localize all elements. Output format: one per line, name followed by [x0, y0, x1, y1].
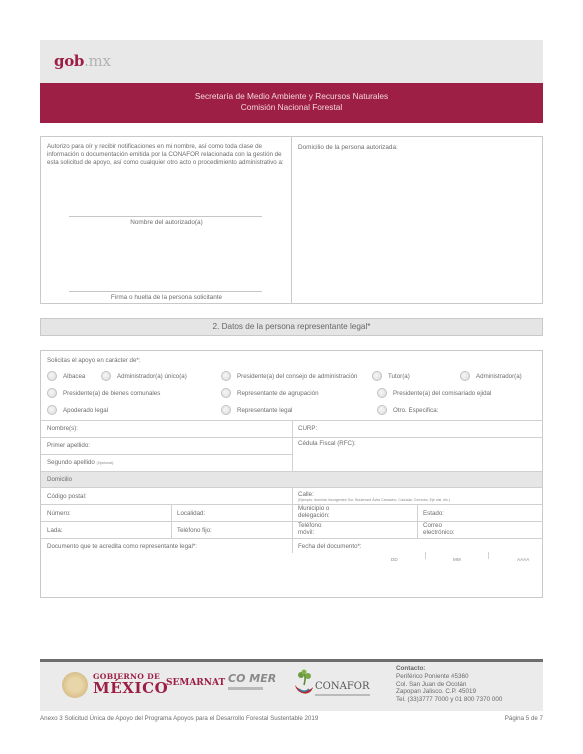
curp-label: CURP: [298, 425, 317, 432]
authorization-left: Autorizo para oír y recibir notificacion… [41, 137, 292, 303]
capacity-label: Solicitas el apoyo en carácter de*: [47, 357, 141, 364]
radio-representante-agrupacion[interactable] [221, 388, 231, 398]
segundo-apellido-text: Segundo apellido [47, 459, 95, 466]
domicilio-band [41, 471, 542, 487]
authorized-address-field[interactable] [293, 155, 542, 303]
divider [41, 521, 542, 522]
national-emblem-icon [62, 672, 88, 698]
fecha-documento-label: Fecha del documento*: [298, 543, 362, 550]
divider [41, 471, 542, 472]
option-label: Representante de agrupación [237, 390, 319, 397]
gob-mx-logo[interactable]: gob.mx [54, 52, 111, 70]
header-band: Secretaría de Medio Ambiente y Recursos … [40, 83, 543, 123]
telefono-movil-label-1: Teléfono [298, 522, 321, 529]
date-separator [425, 552, 426, 559]
segundo-apellido-label: Segundo apellido (Opcional): [47, 459, 114, 466]
contact-title: Contacto: [396, 665, 502, 673]
telefono-movil-label-2: móvil: [298, 529, 314, 536]
footer-note: Anexo 3 Solicitud Única de Apoyo del Pro… [40, 715, 318, 722]
contact-info: Contacto: Periférico Poniente #5360 Col.… [396, 665, 502, 704]
calle-label: Calle: [298, 491, 314, 498]
date-separator [488, 552, 489, 559]
municipio-label-1: Municipio o [298, 505, 329, 512]
authorized-address-label: Domicilio de la persona autorizada: [298, 144, 398, 151]
codigo-postal-label: Código postal: [47, 493, 87, 500]
signature-label: Firma o huella de la persona solicitante [41, 294, 292, 301]
logo-main: gob [54, 52, 84, 70]
divider [41, 437, 542, 438]
option-label: Apoderado legal [63, 407, 108, 414]
gobierno-de-mexico-logo: GOBIERNO DE MÉXICO [93, 672, 168, 696]
conafor-subtitle [315, 694, 370, 696]
radio-presidente-comisariado-ejidal[interactable] [377, 388, 387, 398]
optional-note: (Opcional): [97, 461, 115, 465]
numero-label: Número: [47, 510, 71, 517]
divider [292, 487, 293, 553]
correo-label-2: electrónico: [423, 529, 455, 536]
gob-line-2: MÉXICO [93, 681, 168, 696]
divider [41, 538, 542, 539]
municipio-label-2: delegación: [298, 512, 330, 519]
option-label: Presidente(a) del consejo de administrac… [237, 373, 357, 380]
telefono-fijo-label: Teléfono fijo: [177, 527, 212, 534]
page-number: Página 5 de 7 [505, 715, 543, 722]
radio-tutor[interactable] [372, 371, 382, 381]
header-line-2: Comisión Nacional Forestal [40, 102, 543, 113]
header-top-bar: gob.mx [40, 40, 543, 83]
header-line-1: Secretaría de Medio Ambiente y Recursos … [40, 91, 543, 102]
semarnat-logo: SEMARNAT [166, 678, 225, 688]
localidad-label: Localidad: [177, 510, 205, 517]
authorization-text: Autorizo para oír y recibir notificacion… [47, 143, 289, 167]
date-dd[interactable]: DD [391, 557, 398, 562]
section-2-title: 2. Datos de la persona representante leg… [40, 318, 543, 336]
calle-example: (Ejemplo: Avenida Insurgentes Sur, Boule… [298, 498, 450, 502]
lada-label: Lada: [47, 527, 62, 534]
radio-administrador[interactable] [460, 371, 470, 381]
option-label: Administrador(a) [476, 373, 522, 380]
option-label: Presidente(a) del comisariado ejidal [393, 390, 491, 397]
contact-line: Periférico Poniente #5360 [396, 673, 502, 681]
contact-line: Zapopan Jalisco. C.P. 45019 [396, 688, 502, 696]
estado-label: Estado: [423, 510, 444, 517]
cotmer-logo: CO MER [228, 672, 276, 685]
divider [41, 504, 542, 505]
domicilio-label: Domicilio [47, 476, 72, 483]
radio-presidente-bienes-comunales[interactable] [47, 388, 57, 398]
cotmer-subtitle [228, 687, 263, 690]
footer-logos: GOBIERNO DE MÉXICO SEMARNAT CO MER CONAF… [40, 662, 543, 711]
logo-suffix: .mx [84, 52, 111, 70]
authorization-box: Autorizo para oír y recibir notificacion… [40, 136, 543, 304]
option-label: Administrador(a) único(a) [117, 373, 187, 380]
conafor-tree-icon [293, 669, 315, 699]
authorized-name-field[interactable] [69, 216, 262, 217]
option-label: Otro. Especifica: [393, 407, 438, 414]
contact-line: Col. San Juan de Ocotán [396, 681, 502, 689]
rfc-label: Cédula Fiscal (RFC): [298, 440, 356, 447]
nombres-label: Nombre(s): [47, 425, 78, 432]
date-mm[interactable]: MM [453, 557, 461, 562]
documento-label: Documento que te acredita como represent… [47, 543, 197, 550]
radio-otro[interactable] [377, 405, 387, 415]
option-label: Albacea [63, 373, 85, 380]
divider [41, 454, 292, 455]
option-label: Tutor(a) [388, 373, 410, 380]
signature-field[interactable] [69, 291, 262, 292]
option-label: Representante legal [237, 407, 292, 414]
radio-representante-legal[interactable] [221, 405, 231, 415]
radio-administrador-unico[interactable] [101, 371, 111, 381]
date-aaaa[interactable]: AAAA [517, 557, 529, 562]
correo-label-1: Correo [423, 522, 442, 529]
authorized-name-label: Nombre del autorizado(a) [41, 219, 292, 226]
radio-apoderado-legal[interactable] [47, 405, 57, 415]
option-label: Presidente(a) de bienes comunales [63, 390, 160, 397]
contact-line: Tel. (33)3777 7000 y 01 800 7370 000 [396, 696, 502, 704]
legal-representative-form: Solicitas el apoyo en carácter de*: Alba… [40, 350, 543, 598]
radio-albacea[interactable] [47, 371, 57, 381]
primer-apellido-label: Primer apellido: [47, 442, 90, 449]
conafor-logo: CONAFOR [315, 681, 370, 692]
radio-presidente-consejo[interactable] [221, 371, 231, 381]
